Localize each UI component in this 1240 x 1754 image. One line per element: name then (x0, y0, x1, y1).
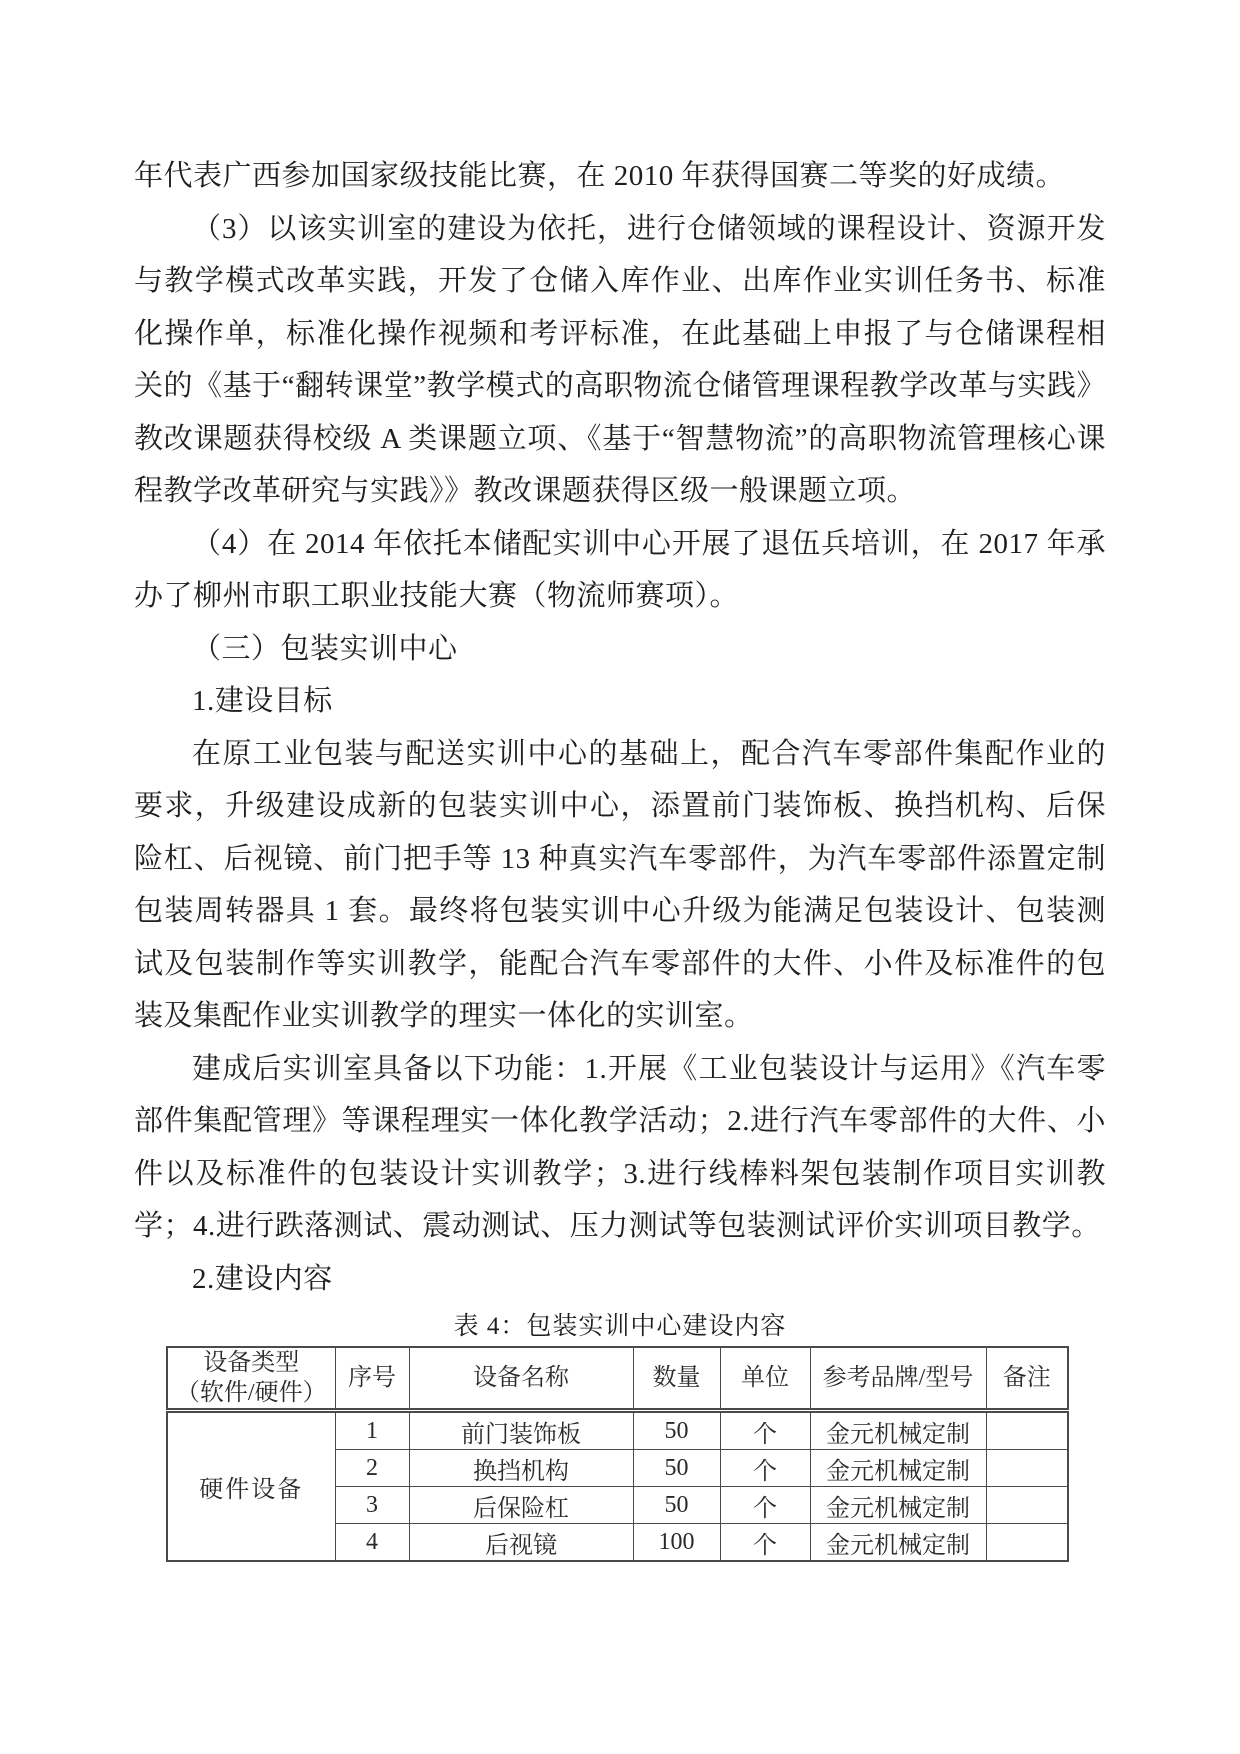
cell-brand: 金元机械定制 (810, 1487, 986, 1524)
paragraph-item-4: （4）在 2014 年依托本储配实训中心开展了退伍兵培训，在 2017 年承办了… (134, 518, 1106, 623)
cell-device-name: 后视镜 (409, 1524, 633, 1562)
document-page: 年代表广西参加国家级技能比赛，在 2010 年获得国赛二等奖的好成绩。 （3）以… (0, 0, 1240, 1754)
cell-remark (986, 1524, 1068, 1562)
cell-remark (986, 1450, 1068, 1487)
col-header-index: 序号 (335, 1347, 409, 1411)
cell-brand: 金元机械定制 (810, 1524, 986, 1562)
paragraph-functions: 建成后实训室具备以下功能：1.开展《工业包装设计与运用》《汽车零部件集配管理》等… (134, 1043, 1106, 1253)
cell-brand: 金元机械定制 (810, 1411, 986, 1450)
heading-section-3-packaging-center: （三）包装实训中心 (134, 623, 1106, 676)
cell-unit: 个 (720, 1411, 810, 1450)
cell-remark (986, 1487, 1068, 1524)
cell-unit: 个 (720, 1450, 810, 1487)
page-content: 年代表广西参加国家级技能比赛，在 2010 年获得国赛二等奖的好成绩。 （3）以… (134, 150, 1106, 1562)
cell-index: 2 (335, 1450, 409, 1487)
cell-quantity: 50 (633, 1411, 720, 1450)
col-header-remark: 备注 (986, 1347, 1068, 1411)
cell-device-name: 前门装饰板 (409, 1411, 633, 1450)
cell-remark (986, 1411, 1068, 1450)
cell-device-name: 换挡机构 (409, 1450, 633, 1487)
col-header-unit: 单位 (720, 1347, 810, 1411)
cell-index: 4 (335, 1524, 409, 1562)
col-header-brand-model: 参考品牌/型号 (810, 1347, 986, 1411)
cell-quantity: 50 (633, 1487, 720, 1524)
cell-index: 3 (335, 1487, 409, 1524)
paragraph-goal-body: 在原工业包装与配送实训中心的基础上，配合汽车零部件集配作业的要求，升级建设成新的… (134, 728, 1106, 1043)
cell-category-hardware: 硬件设备 (167, 1411, 335, 1562)
cell-index: 1 (335, 1411, 409, 1450)
heading-construction-goal: 1.建设目标 (134, 675, 1106, 728)
cell-unit: 个 (720, 1524, 810, 1562)
cell-quantity: 50 (633, 1450, 720, 1487)
paragraph-item-3: （3）以该实训室的建设为依托，进行仓储领域的课程设计、资源开发与教学模式改革实践… (134, 203, 1106, 518)
paragraph-continuation: 年代表广西参加国家级技能比赛，在 2010 年获得国赛二等奖的好成绩。 (134, 150, 1106, 203)
heading-construction-content: 2.建设内容 (134, 1253, 1106, 1306)
col-header-quantity: 数量 (633, 1347, 720, 1411)
cell-brand: 金元机械定制 (810, 1450, 986, 1487)
cell-quantity: 100 (633, 1524, 720, 1562)
table-header-row: 设备类型 （软件/硬件） 序号 设备名称 数量 单位 参考品牌/型号 备注 (167, 1347, 1068, 1411)
col-header-device-name: 设备名称 (409, 1347, 633, 1411)
table-caption: 表 4：包装实训中心建设内容 (134, 1308, 1106, 1346)
col-header-device-type: 设备类型 （软件/硬件） (167, 1347, 335, 1411)
cell-unit: 个 (720, 1487, 810, 1524)
cell-device-name: 后保险杠 (409, 1487, 633, 1524)
table-row: 硬件设备 1 前门装饰板 50 个 金元机械定制 (167, 1411, 1068, 1450)
construction-content-table: 设备类型 （软件/硬件） 序号 设备名称 数量 单位 参考品牌/型号 备注 硬件… (166, 1346, 1069, 1562)
